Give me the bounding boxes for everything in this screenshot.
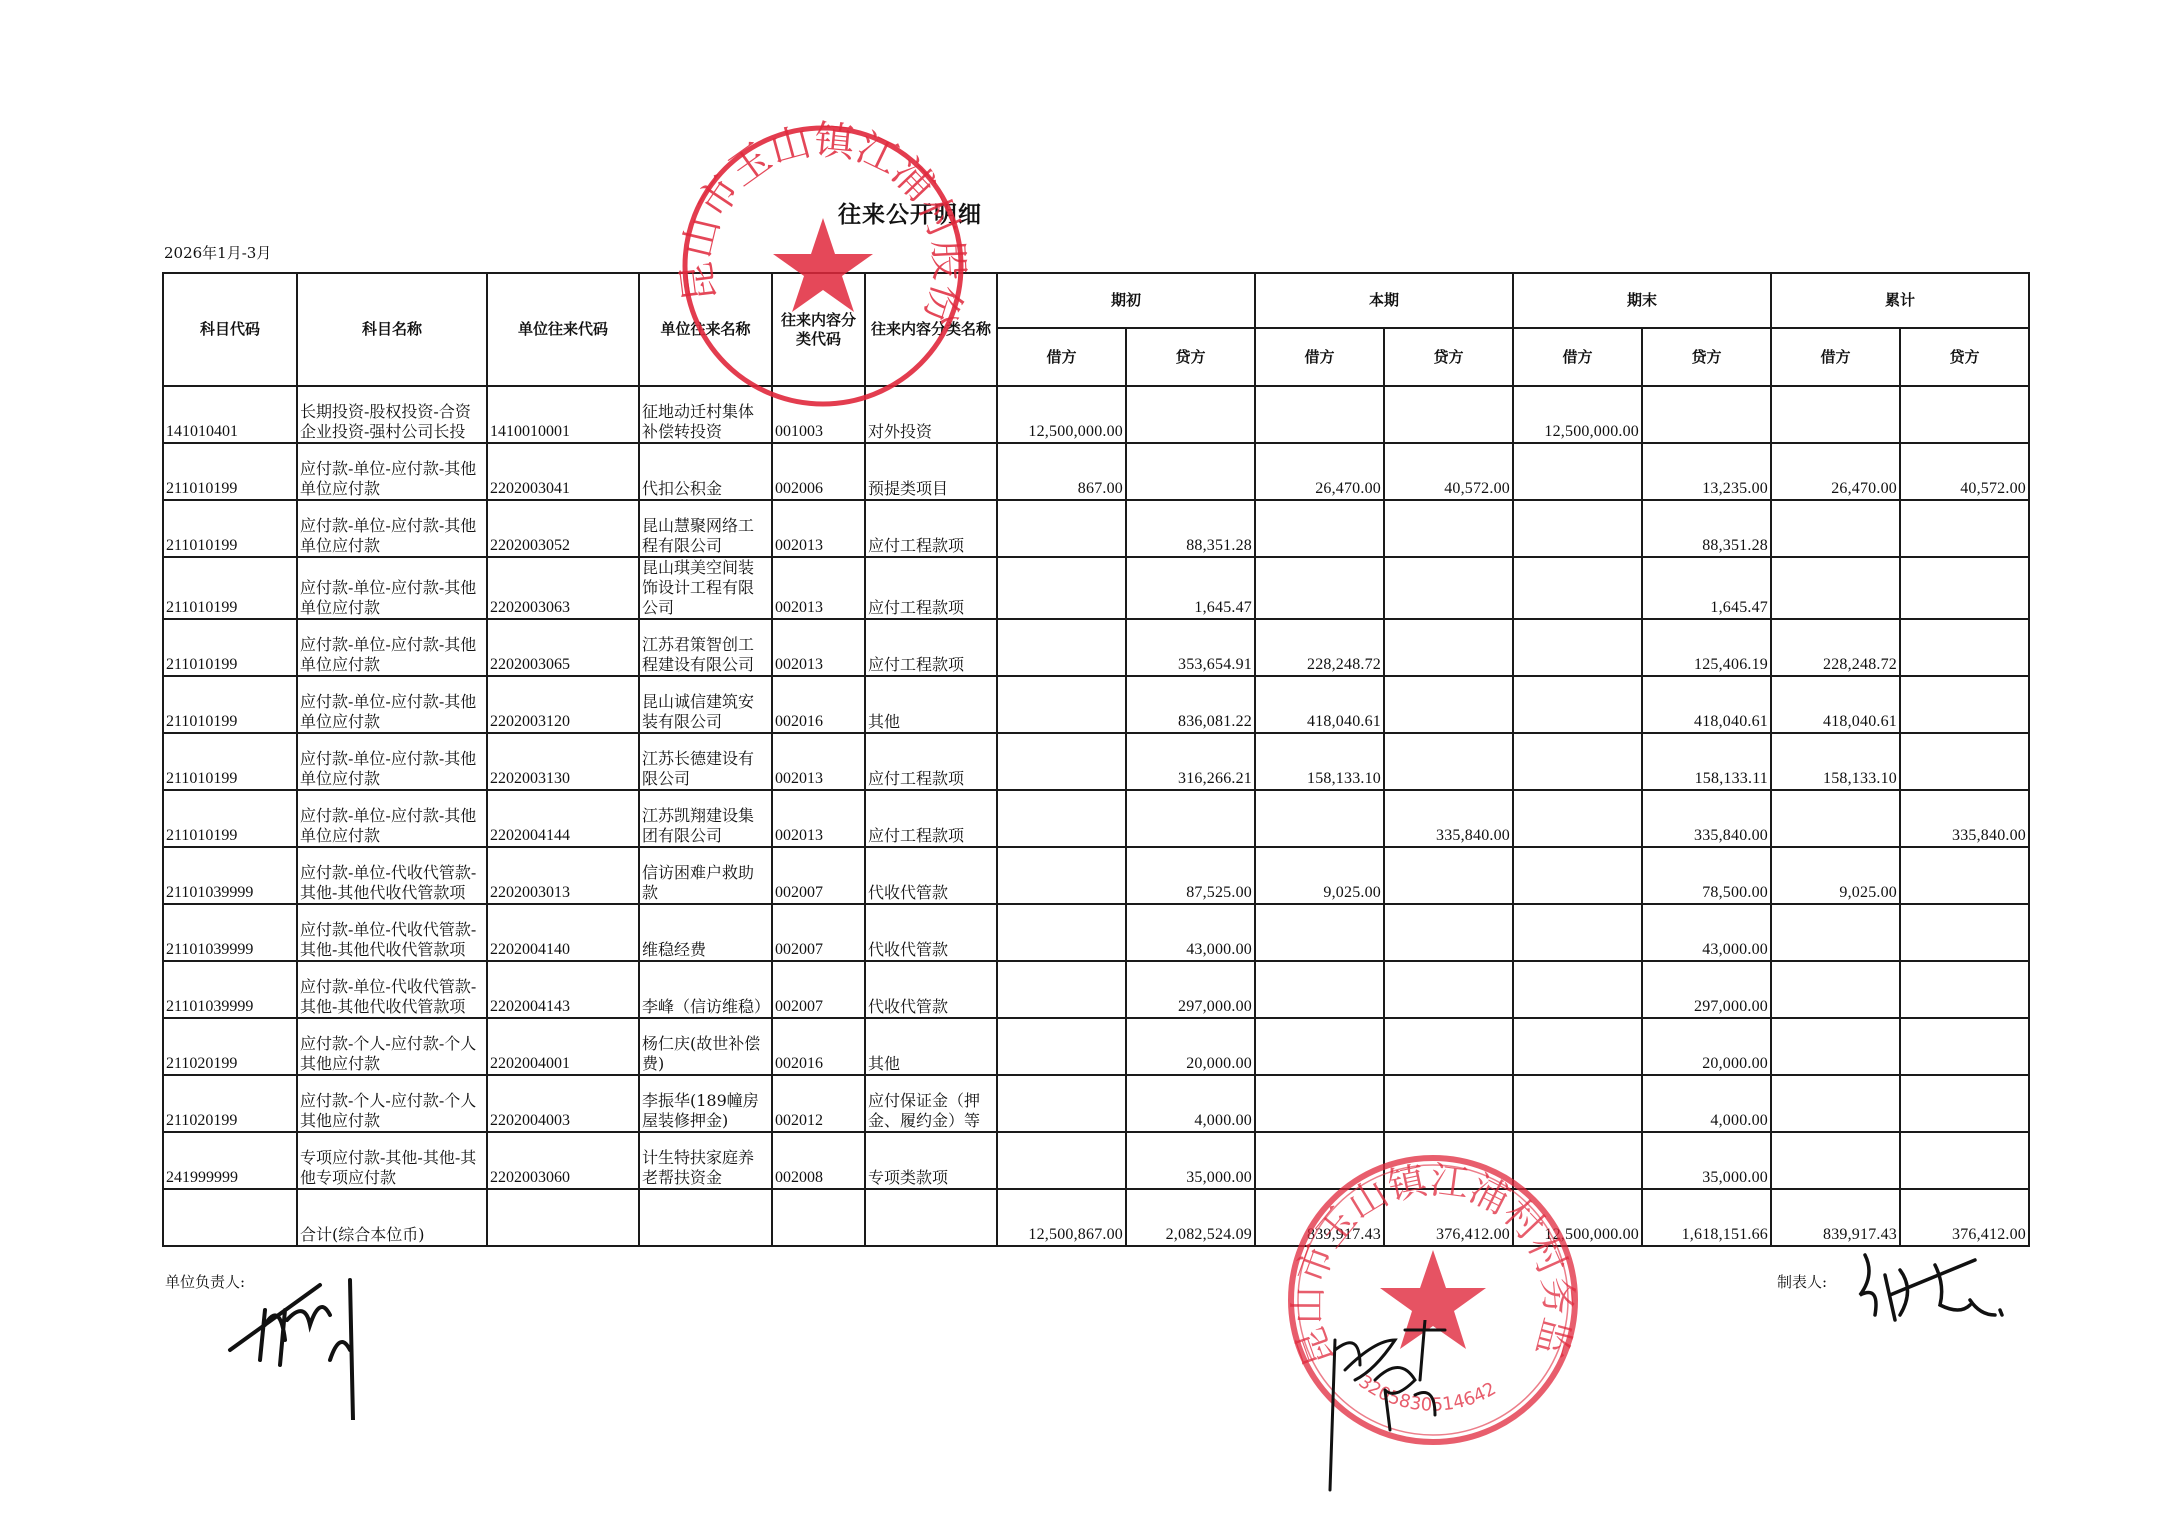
cell-unit-code: 2202004143	[487, 961, 639, 1018]
table-row: 21101039999应付款-单位-代收代管款-其他-其他代收代管款项22020…	[163, 961, 2029, 1018]
cell-current-debit	[1255, 1018, 1384, 1075]
cell-closing-debit	[1513, 961, 1642, 1018]
cell-subject-code: 211010199	[163, 790, 297, 847]
cell-category-code: 001003	[772, 386, 865, 443]
total-cumulative-debit: 839,917.43	[1771, 1189, 1900, 1246]
cell-category-code: 002007	[772, 961, 865, 1018]
cell-unit-name: 李峰（信访维稳）	[639, 961, 772, 1018]
cell-current-credit	[1384, 1075, 1513, 1132]
cell-subject-name: 应付款-单位-代收代管款-其他-其他代收代管款项	[297, 904, 487, 961]
cell-subject-code: 211010199	[163, 443, 297, 500]
table-row: 21101039999应付款-单位-代收代管款-其他-其他代收代管款项22020…	[163, 904, 2029, 961]
cell-category-name: 应付保证金（押金、履约金）等	[865, 1075, 997, 1132]
cell-current-debit: 158,133.10	[1255, 733, 1384, 790]
cell-cumulative-debit: 418,040.61	[1771, 676, 1900, 733]
cell-closing-debit	[1513, 557, 1642, 619]
cell-opening-debit	[997, 1075, 1126, 1132]
total-current-credit: 376,412.00	[1384, 1189, 1513, 1246]
cell-current-credit	[1384, 847, 1513, 904]
cell-subject-code: 21101039999	[163, 904, 297, 961]
header-cumulative-credit: 贷方	[1900, 328, 2029, 386]
cell-opening-debit	[997, 847, 1126, 904]
cell-closing-debit	[1513, 904, 1642, 961]
table-row: 211010199应付款-单位-应付款-其他单位应付款2202003052昆山慧…	[163, 500, 2029, 557]
cell-category-code: 002013	[772, 790, 865, 847]
cell-unit-code: 2202003120	[487, 676, 639, 733]
cell-opening-credit: 836,081.22	[1126, 676, 1255, 733]
cell-subject-name: 应付款-单位-应付款-其他单位应付款	[297, 676, 487, 733]
cell-current-debit: 418,040.61	[1255, 676, 1384, 733]
header-opening-credit: 贷方	[1126, 328, 1255, 386]
cell-subject-code: 21101039999	[163, 847, 297, 904]
cell-unit-name: 昆山慧聚网络工程有限公司	[639, 500, 772, 557]
cell-cumulative-credit	[1900, 961, 2029, 1018]
cell-subject-name: 应付款-单位-代收代管款-其他-其他代收代管款项	[297, 961, 487, 1018]
svg-text:3205830514642: 3205830514642	[1355, 1371, 1500, 1416]
cell-unit-code: 2202003013	[487, 847, 639, 904]
header-closing-credit: 贷方	[1642, 328, 1771, 386]
cell-current-credit	[1384, 1132, 1513, 1189]
table-row: 211010199应付款-单位-应付款-其他单位应付款2202003065江苏君…	[163, 619, 2029, 676]
cell-category-code: 002013	[772, 500, 865, 557]
cell-opening-debit	[997, 676, 1126, 733]
cell-cumulative-debit	[1771, 500, 1900, 557]
cell-subject-name: 应付款-个人-应付款-个人其他应付款	[297, 1075, 487, 1132]
cell-closing-credit: 418,040.61	[1642, 676, 1771, 733]
table-row: 211010199应付款-单位-应付款-其他单位应付款2202003130江苏长…	[163, 733, 2029, 790]
total-opening-credit: 2,082,524.09	[1126, 1189, 1255, 1246]
cell-subject-code: 211010199	[163, 676, 297, 733]
cell-category-code: 002007	[772, 847, 865, 904]
cell-unit-code: 2202003052	[487, 500, 639, 557]
cell-closing-debit: 12,500,000.00	[1513, 386, 1642, 443]
cell-opening-debit: 12,500,000.00	[997, 386, 1126, 443]
total-empty-cell	[163, 1189, 297, 1246]
cell-closing-debit	[1513, 1132, 1642, 1189]
cell-subject-code: 241999999	[163, 1132, 297, 1189]
cell-current-credit: 335,840.00	[1384, 790, 1513, 847]
total-empty-cell	[487, 1189, 639, 1246]
cell-unit-name: 江苏君策智创工程建设有限公司	[639, 619, 772, 676]
cell-current-debit: 26,470.00	[1255, 443, 1384, 500]
cell-closing-debit	[1513, 1018, 1642, 1075]
cell-cumulative-credit	[1900, 1075, 2029, 1132]
cell-cumulative-debit	[1771, 1018, 1900, 1075]
header-opening-debit: 借方	[997, 328, 1126, 386]
bottom-seal-serial: 3205830514642	[1355, 1371, 1500, 1416]
cell-unit-name: 江苏凯翔建设集团有限公司	[639, 790, 772, 847]
cell-opening-credit	[1126, 443, 1255, 500]
cell-closing-debit	[1513, 847, 1642, 904]
header-subject-code: 科目代码	[163, 273, 297, 386]
cell-unit-name: 杨仁庆(故世补偿费)	[639, 1018, 772, 1075]
header-unit-name: 单位往来名称	[639, 273, 772, 386]
cell-current-credit	[1384, 557, 1513, 619]
cell-unit-name: 代扣公积金	[639, 443, 772, 500]
cell-opening-credit: 353,654.91	[1126, 619, 1255, 676]
header-subject-name: 科目名称	[297, 273, 487, 386]
report-period: 2026年1月-3月	[164, 242, 271, 263]
cell-unit-code: 2202003065	[487, 619, 639, 676]
cell-current-credit	[1384, 1018, 1513, 1075]
cell-category-name: 应付工程款项	[865, 500, 997, 557]
cell-current-debit	[1255, 1075, 1384, 1132]
cell-category-name: 代收代管款	[865, 961, 997, 1018]
preparer-label: 制表人:	[1777, 1271, 1827, 1292]
cell-subject-code: 21101039999	[163, 961, 297, 1018]
cell-unit-code: 2202003063	[487, 557, 639, 619]
table-row: 211020199应付款-个人-应付款-个人其他应付款2202004001杨仁庆…	[163, 1018, 2029, 1075]
cell-opening-debit	[997, 733, 1126, 790]
cell-current-debit	[1255, 904, 1384, 961]
cell-cumulative-debit	[1771, 1075, 1900, 1132]
header-current-debit: 借方	[1255, 328, 1384, 386]
cell-category-name: 代收代管款	[865, 904, 997, 961]
table-row: 21101039999应付款-单位-代收代管款-其他-其他代收代管款项22020…	[163, 847, 2029, 904]
cell-current-debit	[1255, 1132, 1384, 1189]
header-group-cumulative: 累计	[1771, 273, 2029, 328]
cell-unit-code: 2202003130	[487, 733, 639, 790]
unit-head-label: 单位负责人:	[165, 1271, 245, 1292]
cell-subject-name: 应付款-单位-代收代管款-其他-其他代收代管款项	[297, 847, 487, 904]
cell-unit-name: 征地动迁村集体补偿转投资	[639, 386, 772, 443]
cell-opening-debit	[997, 500, 1126, 557]
cell-cumulative-credit: 335,840.00	[1900, 790, 2029, 847]
cell-cumulative-debit	[1771, 386, 1900, 443]
cell-category-code: 002013	[772, 733, 865, 790]
cell-opening-debit	[997, 904, 1126, 961]
cell-cumulative-credit	[1900, 500, 2029, 557]
cell-closing-credit: 125,406.19	[1642, 619, 1771, 676]
cell-current-debit	[1255, 500, 1384, 557]
cell-current-credit	[1384, 386, 1513, 443]
cell-subject-code: 211010199	[163, 733, 297, 790]
cell-unit-code: 2202004003	[487, 1075, 639, 1132]
cell-opening-credit: 4,000.00	[1126, 1075, 1255, 1132]
cell-opening-credit: 43,000.00	[1126, 904, 1255, 961]
supervisor-signature-icon	[1315, 1320, 1465, 1500]
cell-cumulative-debit	[1771, 1132, 1900, 1189]
cell-opening-debit	[997, 790, 1126, 847]
table-row: 211020199应付款-个人-应付款-个人其他应付款2202004003李振华…	[163, 1075, 2029, 1132]
cell-subject-code: 211010199	[163, 557, 297, 619]
cell-closing-credit: 88,351.28	[1642, 500, 1771, 557]
total-empty-cell	[865, 1189, 997, 1246]
header-closing-debit: 借方	[1513, 328, 1642, 386]
cell-subject-name: 应付款-单位-应付款-其他单位应付款	[297, 619, 487, 676]
cell-opening-debit	[997, 1132, 1126, 1189]
cell-subject-name: 应付款-单位-应付款-其他单位应付款	[297, 733, 487, 790]
cell-cumulative-debit: 158,133.10	[1771, 733, 1900, 790]
cell-cumulative-debit	[1771, 961, 1900, 1018]
total-label: 合计(综合本位币)	[297, 1189, 487, 1246]
cell-cumulative-debit: 228,248.72	[1771, 619, 1900, 676]
cell-unit-code: 1410010001	[487, 386, 639, 443]
cell-current-credit	[1384, 500, 1513, 557]
total-closing-credit: 1,618,151.66	[1642, 1189, 1771, 1246]
cell-category-name: 应付工程款项	[865, 619, 997, 676]
ledger-table: 科目代码 科目名称 单位往来代码 单位往来名称 往来内容分类代码 往来内容分类名…	[162, 272, 2030, 1247]
cell-opening-credit: 88,351.28	[1126, 500, 1255, 557]
cell-current-credit	[1384, 619, 1513, 676]
cell-category-code: 002016	[772, 1018, 865, 1075]
cell-category-name: 应付工程款项	[865, 557, 997, 619]
header-group-opening: 期初	[997, 273, 1255, 328]
unit-head-signature-icon	[225, 1240, 405, 1420]
cell-cumulative-credit	[1900, 386, 2029, 443]
cell-unit-code: 2202004140	[487, 904, 639, 961]
cell-closing-debit	[1513, 733, 1642, 790]
document-title: 往来公开明细	[838, 196, 982, 229]
cell-closing-credit: 158,133.11	[1642, 733, 1771, 790]
total-row: 合计(综合本位币)12,500,867.002,082,524.09839,91…	[163, 1189, 2029, 1246]
header-category-name: 往来内容分类名称	[865, 273, 997, 386]
cell-cumulative-credit	[1900, 1132, 2029, 1189]
cell-subject-code: 211020199	[163, 1075, 297, 1132]
cell-closing-credit: 4,000.00	[1642, 1075, 1771, 1132]
cell-current-debit: 9,025.00	[1255, 847, 1384, 904]
cell-cumulative-credit	[1900, 1018, 2029, 1075]
cell-closing-debit	[1513, 619, 1642, 676]
header-group-closing: 期末	[1513, 273, 1771, 328]
cell-category-name: 对外投资	[865, 386, 997, 443]
cell-subject-name: 应付款-单位-应付款-其他单位应付款	[297, 500, 487, 557]
total-current-debit: 839,917.43	[1255, 1189, 1384, 1246]
cell-unit-name: 江苏长德建设有限公司	[639, 733, 772, 790]
cell-unit-code: 2202004001	[487, 1018, 639, 1075]
cell-closing-credit: 78,500.00	[1642, 847, 1771, 904]
table-row: 211010199应付款-单位-应付款-其他单位应付款2202003041代扣公…	[163, 443, 2029, 500]
cell-current-debit	[1255, 961, 1384, 1018]
cell-subject-name: 应付款-单位-应付款-其他单位应付款	[297, 443, 487, 500]
header-group-current: 本期	[1255, 273, 1513, 328]
total-opening-debit: 12,500,867.00	[997, 1189, 1126, 1246]
cell-category-code: 002013	[772, 557, 865, 619]
cell-closing-credit: 43,000.00	[1642, 904, 1771, 961]
cell-current-debit	[1255, 386, 1384, 443]
cell-subject-name: 长期投资-股权投资-合资企业投资-强村公司长投	[297, 386, 487, 443]
cell-closing-debit	[1513, 443, 1642, 500]
cell-cumulative-credit	[1900, 676, 2029, 733]
cell-subject-code: 211010199	[163, 619, 297, 676]
cell-cumulative-credit	[1900, 557, 2029, 619]
cell-cumulative-debit	[1771, 790, 1900, 847]
cell-category-name: 代收代管款	[865, 847, 997, 904]
cell-opening-credit: 35,000.00	[1126, 1132, 1255, 1189]
cell-current-credit: 40,572.00	[1384, 443, 1513, 500]
table-row: 211010199应付款-单位-应付款-其他单位应付款2202004144江苏凯…	[163, 790, 2029, 847]
cell-category-code: 002013	[772, 619, 865, 676]
table-row: 211010199应付款-单位-应付款-其他单位应付款2202003063昆山琪…	[163, 557, 2029, 619]
cell-subject-name: 应付款-单位-应付款-其他单位应付款	[297, 790, 487, 847]
header-category-code: 往来内容分类代码	[772, 273, 865, 386]
cell-subject-name: 应付款-个人-应付款-个人其他应付款	[297, 1018, 487, 1075]
cell-category-code: 002008	[772, 1132, 865, 1189]
cell-opening-debit	[997, 961, 1126, 1018]
cell-current-debit: 228,248.72	[1255, 619, 1384, 676]
cell-category-name: 应付工程款项	[865, 733, 997, 790]
cell-opening-credit: 20,000.00	[1126, 1018, 1255, 1075]
cell-subject-code: 211020199	[163, 1018, 297, 1075]
cell-unit-name: 计生特扶家庭养老帮扶资金	[639, 1132, 772, 1189]
cell-subject-code: 141010401	[163, 386, 297, 443]
preparer-signature-icon	[1850, 1245, 2020, 1335]
cell-category-code: 002012	[772, 1075, 865, 1132]
cell-cumulative-credit	[1900, 904, 2029, 961]
cell-cumulative-debit	[1771, 557, 1900, 619]
cell-opening-credit: 297,000.00	[1126, 961, 1255, 1018]
cell-cumulative-debit: 9,025.00	[1771, 847, 1900, 904]
cell-category-name: 预提类项目	[865, 443, 997, 500]
cell-closing-credit: 35,000.00	[1642, 1132, 1771, 1189]
cell-current-credit	[1384, 904, 1513, 961]
cell-closing-credit: 13,235.00	[1642, 443, 1771, 500]
cell-unit-code: 2202003060	[487, 1132, 639, 1189]
cell-closing-debit	[1513, 500, 1642, 557]
header-unit-code: 单位往来代码	[487, 273, 639, 386]
cell-opening-debit	[997, 619, 1126, 676]
cell-category-name: 专项类款项	[865, 1132, 997, 1189]
cell-current-credit	[1384, 961, 1513, 1018]
cell-category-code: 002006	[772, 443, 865, 500]
cell-current-credit	[1384, 733, 1513, 790]
cell-category-name: 应付工程款项	[865, 790, 997, 847]
cell-category-code: 002016	[772, 676, 865, 733]
table-row: 141010401长期投资-股权投资-合资企业投资-强村公司长投14100100…	[163, 386, 2029, 443]
total-cumulative-credit: 376,412.00	[1900, 1189, 2029, 1246]
cell-current-debit	[1255, 557, 1384, 619]
cell-cumulative-credit: 40,572.00	[1900, 443, 2029, 500]
cell-opening-credit: 87,525.00	[1126, 847, 1255, 904]
cell-unit-code: 2202004144	[487, 790, 639, 847]
header-current-credit: 贷方	[1384, 328, 1513, 386]
cell-cumulative-debit: 26,470.00	[1771, 443, 1900, 500]
cell-closing-credit	[1642, 386, 1771, 443]
cell-cumulative-credit	[1900, 847, 2029, 904]
table-row: 241999999专项应付款-其他-其他-其他专项应付款2202003060计生…	[163, 1132, 2029, 1189]
cell-cumulative-debit	[1771, 904, 1900, 961]
cell-subject-name: 专项应付款-其他-其他-其他专项应付款	[297, 1132, 487, 1189]
cell-category-name: 其他	[865, 676, 997, 733]
table-row: 211010199应付款-单位-应付款-其他单位应付款2202003120昆山诚…	[163, 676, 2029, 733]
cell-cumulative-credit	[1900, 619, 2029, 676]
cell-closing-credit: 20,000.00	[1642, 1018, 1771, 1075]
cell-closing-credit: 1,645.47	[1642, 557, 1771, 619]
cell-closing-credit: 297,000.00	[1642, 961, 1771, 1018]
total-empty-cell	[772, 1189, 865, 1246]
cell-unit-name: 李振华(189幢房屋装修押金)	[639, 1075, 772, 1132]
cell-opening-credit: 316,266.21	[1126, 733, 1255, 790]
cell-subject-name: 应付款-单位-应付款-其他单位应付款	[297, 557, 487, 619]
total-closing-debit: 12,500,000.00	[1513, 1189, 1642, 1246]
cell-closing-debit	[1513, 676, 1642, 733]
cell-opening-credit	[1126, 386, 1255, 443]
cell-category-code: 002007	[772, 904, 865, 961]
cell-current-debit	[1255, 790, 1384, 847]
header-cumulative-debit: 借方	[1771, 328, 1900, 386]
cell-opening-credit: 1,645.47	[1126, 557, 1255, 619]
cell-opening-debit	[997, 1018, 1126, 1075]
cell-opening-debit	[997, 557, 1126, 619]
cell-current-credit	[1384, 676, 1513, 733]
cell-cumulative-credit	[1900, 733, 2029, 790]
cell-category-name: 其他	[865, 1018, 997, 1075]
cell-closing-debit	[1513, 1075, 1642, 1132]
cell-closing-debit	[1513, 790, 1642, 847]
total-empty-cell	[639, 1189, 772, 1246]
cell-opening-debit: 867.00	[997, 443, 1126, 500]
cell-unit-name: 维稳经费	[639, 904, 772, 961]
cell-subject-code: 211010199	[163, 500, 297, 557]
cell-unit-name: 昆山诚信建筑安装有限公司	[639, 676, 772, 733]
cell-opening-credit	[1126, 790, 1255, 847]
cell-unit-name: 信访困难户救助款	[639, 847, 772, 904]
cell-unit-code: 2202003041	[487, 443, 639, 500]
cell-closing-credit: 335,840.00	[1642, 790, 1771, 847]
cell-unit-name: 昆山琪美空间装饰设计工程有限公司	[639, 557, 772, 619]
